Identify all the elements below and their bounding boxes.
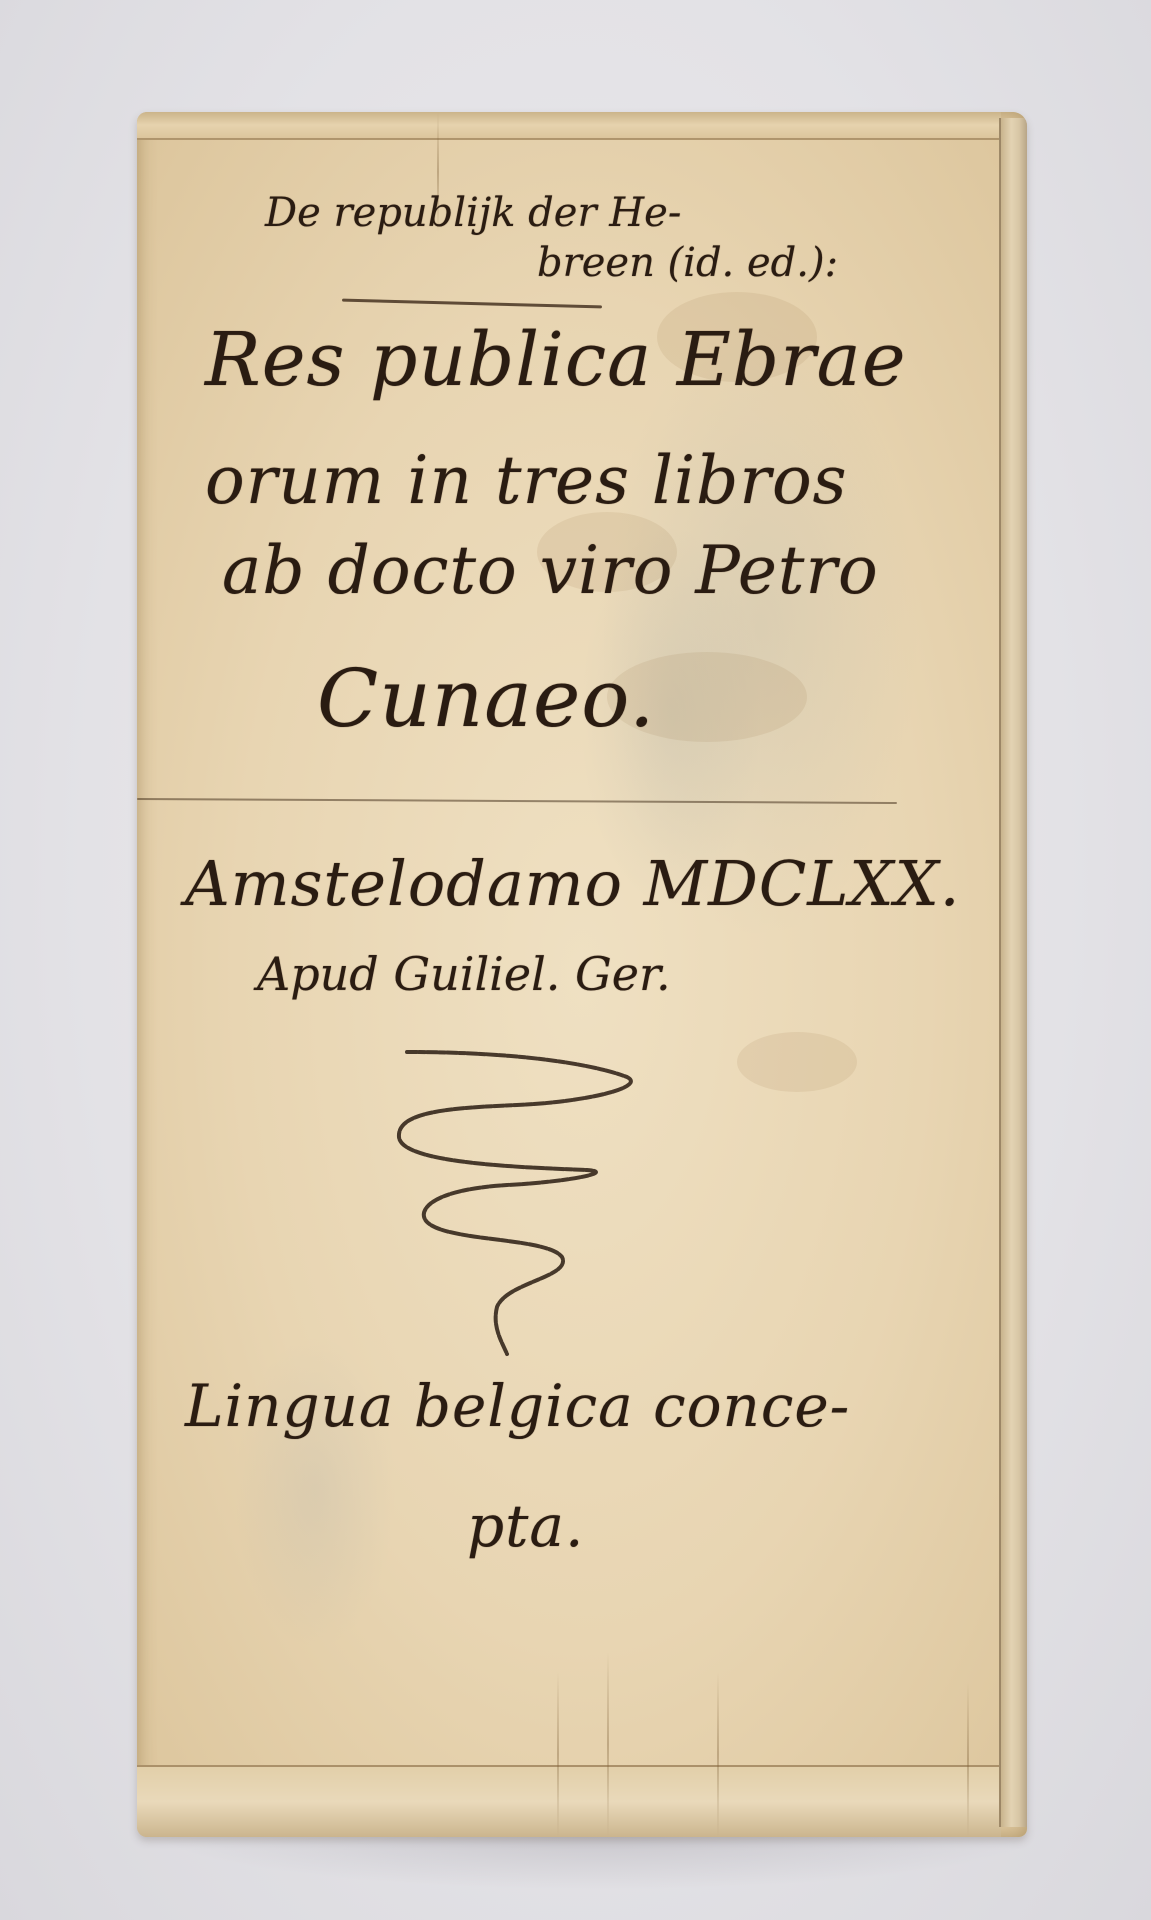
title-line-3: ab docto viro Petro: [222, 532, 879, 609]
divider-line: [137, 798, 897, 804]
crease: [717, 1672, 719, 1837]
note-line-1: De republijk der He-: [265, 190, 681, 236]
crease: [967, 1682, 969, 1837]
decorative-flourish: [387, 1042, 687, 1362]
title-line-1: Res publica Ebrae: [205, 317, 907, 403]
stain: [737, 1032, 857, 1092]
title-line-2: orum in tres libros: [205, 442, 848, 519]
bottom-turn-in: [137, 1765, 1001, 1837]
crease: [557, 1672, 559, 1837]
vellum-book-cover: De republijk der He- breen (id. ed.): Re…: [137, 112, 1027, 1837]
title-line-4: Cunaeo.: [317, 652, 655, 745]
fore-edge: [999, 118, 1027, 1827]
book-shadow: [150, 1830, 1050, 1890]
language-line-2: pta.: [467, 1492, 584, 1560]
underline: [342, 299, 602, 309]
language-line-1: Lingua belgica conce-: [185, 1372, 850, 1440]
imprint-line-2: Apud Guiliel. Ger.: [257, 947, 671, 1001]
imprint-line-1: Amstelodamo MDCLXX.: [185, 847, 960, 920]
top-turn-in: [137, 112, 1001, 140]
crease: [607, 1652, 609, 1837]
note-line-2: breen (id. ed.):: [537, 240, 838, 286]
